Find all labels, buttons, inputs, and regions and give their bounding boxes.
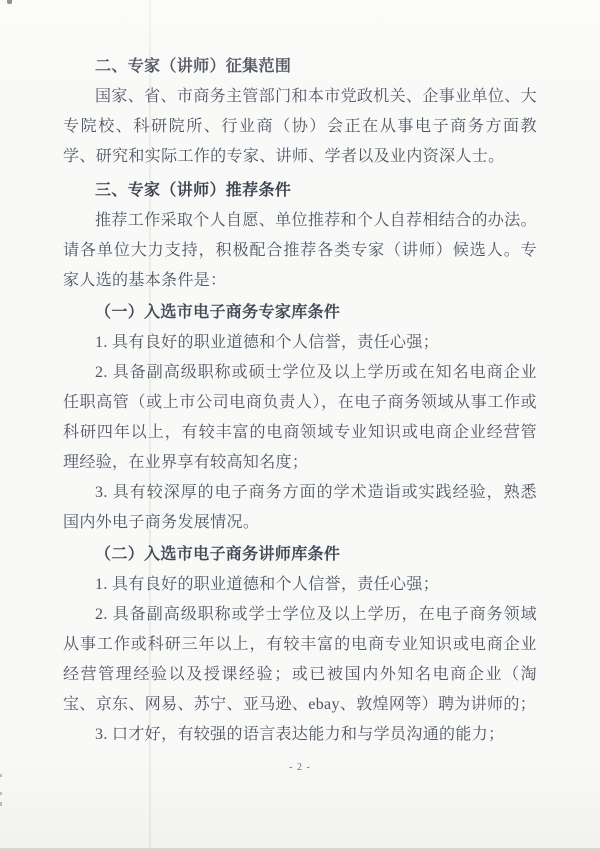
scan-artifact-edge-mark <box>0 802 2 806</box>
paragraph: 1. 具有良好的职业道德和个人信誉，责任心强； <box>63 570 537 600</box>
paragraph: 3. 口才好，有较强的语言表达能力和与学员沟通的能力； <box>63 720 537 750</box>
scan-artifact-top-speck <box>7 0 12 4</box>
paragraph: 推荐工作采取个人自愿、单位推荐和个人自荐相结合的办法。请各单位大力支持，积极配合… <box>63 206 537 296</box>
paragraph: 2. 具备副高级职称或学士学位及以上学历，在电子商务领域从事工作或科研三年以上，… <box>63 600 537 720</box>
scan-artifact-edge-mark <box>0 774 2 777</box>
section-heading: 三、专家（讲师）推荐条件 <box>63 176 537 206</box>
document-body: 二、专家（讲师）征集范围国家、省、市商务主管部门和本市党政机关、企事业单位、大专… <box>63 52 537 750</box>
sub-section-heading: （二）入选市电子商务讲师库条件 <box>63 540 537 570</box>
paragraph: 国家、省、市商务主管部门和本市党政机关、企事业单位、大专院校、科研院所、行业商（… <box>63 82 537 172</box>
page-number: - 2 - <box>0 762 600 773</box>
section-heading: 二、专家（讲师）征集范围 <box>63 52 537 82</box>
paragraph: 3. 具有较深厚的电子商务方面的学术造诣或实践经验，熟悉国内外电子商务发展情况。 <box>63 478 537 538</box>
paragraph: 1. 具有良好的职业道德和个人信誉，责任心强； <box>63 328 537 358</box>
scan-artifact-edge-mark <box>0 792 2 795</box>
paragraph: 2. 具备副高级职称或硕士学位及以上学历或在知名电商企业任职高管（或上市公司电商… <box>63 358 537 478</box>
scanned-document-page: 二、专家（讲师）征集范围国家、省、市商务主管部门和本市党政机关、企事业单位、大专… <box>0 0 600 851</box>
sub-section-heading: （一）入选市电子商务专家库条件 <box>63 298 537 328</box>
